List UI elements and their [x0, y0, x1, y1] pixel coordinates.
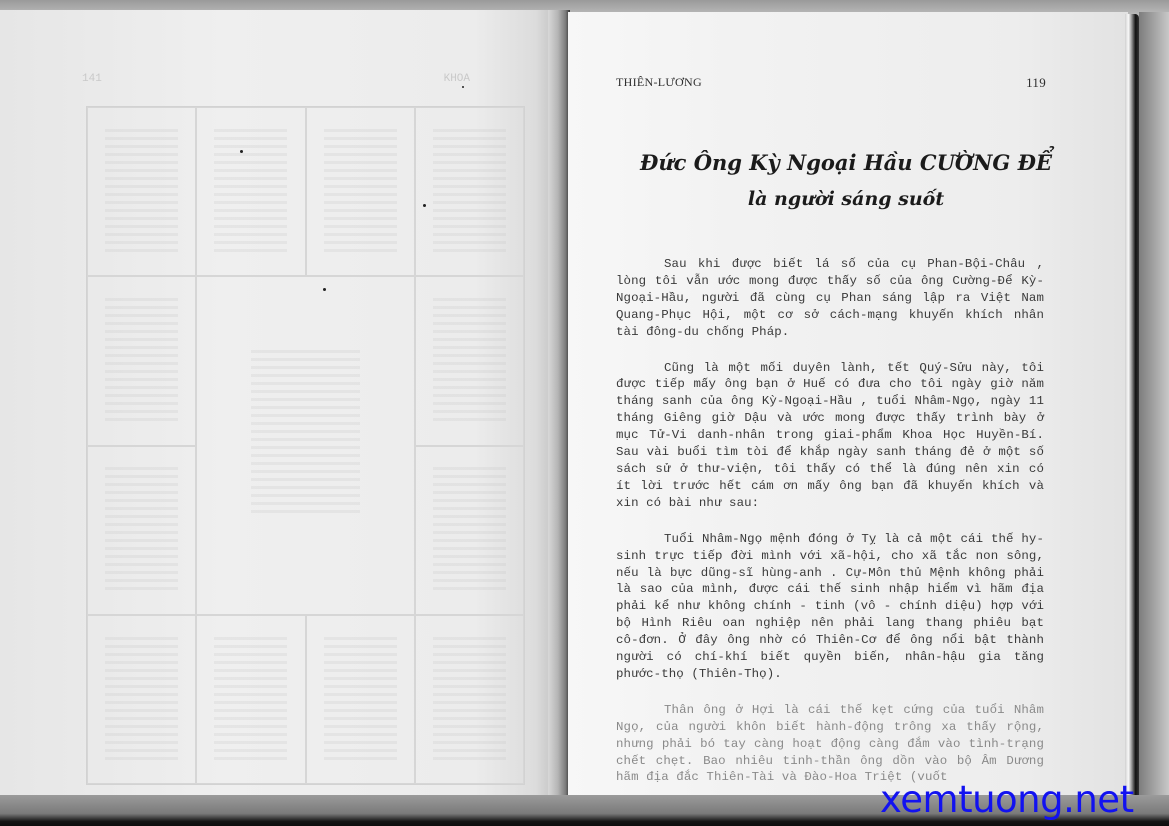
left-page: 141 KHOA [0, 10, 558, 800]
horoscope-chart-grid [86, 106, 525, 785]
chart-cell [196, 615, 305, 784]
page-edge [1125, 14, 1139, 798]
chart-center-cell [196, 276, 415, 615]
scan-speck [323, 288, 326, 291]
chapter-title-line2: là người sáng suốt [616, 181, 1076, 217]
chart-cell [415, 107, 524, 276]
scan-speck [240, 150, 243, 153]
chart-cell [415, 276, 524, 445]
right-running-head: THIÊN-LƯƠNG 119 [616, 75, 1046, 91]
left-running-head: 141 KHOA [30, 73, 470, 87]
page-number: 119 [1026, 75, 1046, 91]
scan-speck [423, 204, 426, 207]
chart-cell [196, 107, 305, 276]
scan-background-right [1139, 12, 1169, 798]
chart-cell [306, 615, 415, 784]
paragraph: Thân ông ở Hợi là cái thế kẹt cứng của t… [616, 702, 1044, 787]
chart-cell [87, 446, 196, 615]
chart-cell [415, 446, 524, 615]
paragraph: Cũng là một mối duyên lành, tết Quý-Sửu … [616, 360, 1044, 512]
chart-cell [306, 107, 415, 276]
running-head-title: THIÊN-LƯƠNG [616, 75, 702, 89]
paragraph: Sau khi được biết lá số của cụ Phan-Bội-… [616, 256, 1044, 341]
right-page: THIÊN-LƯƠNG 119 Đức Ông Kỳ Ngoại Hầu CƯỜ… [568, 12, 1128, 798]
scan-speck [462, 86, 464, 88]
paragraph: Tuổi Nhâm-Ngọ mệnh đóng ở Tỵ là cả một c… [616, 531, 1044, 683]
chart-cell [87, 276, 196, 445]
body-text: Sau khi được biết lá số của cụ Phan-Bội-… [616, 256, 1044, 805]
chapter-title: Đức Ông Kỳ Ngoại Hầu CƯỜNG ĐỂ là người s… [616, 145, 1076, 217]
chart-cell [415, 615, 524, 784]
chart-cell [87, 615, 196, 784]
book-spine [548, 10, 570, 800]
watermark: xemtuong.net [880, 778, 1134, 822]
left-running-head-number: 141 [82, 73, 102, 85]
chart-cell [87, 107, 196, 276]
left-running-head-title: KHOA [444, 73, 470, 85]
chapter-title-line1: Đức Ông Kỳ Ngoại Hầu CƯỜNG ĐỂ [616, 145, 1076, 181]
